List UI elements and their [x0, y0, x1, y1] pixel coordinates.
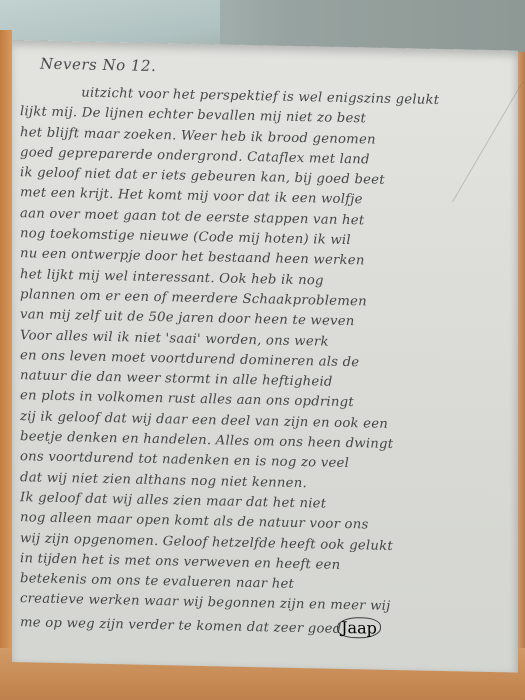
letter-line: me op weg zijn verder te komen dat zeer … [20, 613, 341, 640]
board-left-edge [0, 30, 12, 670]
letter-heading: Nevers No 12. [40, 55, 156, 75]
letter-body: uitzicht voor het perspektief is wel eni… [20, 82, 510, 643]
letter-page: Nevers No 12. uitzicht voor het perspekt… [12, 40, 518, 673]
signature: Jaap [337, 617, 381, 639]
